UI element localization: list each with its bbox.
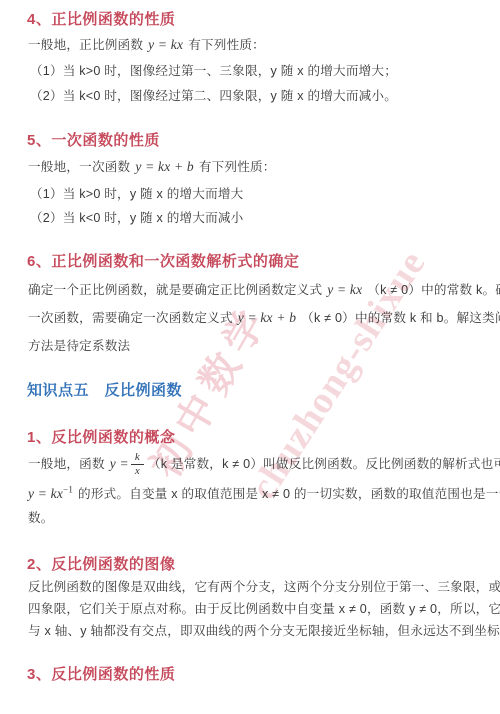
section-4-intro-pre: 一般地，正比例函数 bbox=[28, 38, 143, 52]
section-6-line-2-post: （k ≠ 0）中的常数 k 和 b。解这类问题的一般 bbox=[301, 311, 500, 325]
formula-y-kx: y = kx bbox=[148, 37, 183, 52]
inverse-graph-line-2: 四象限，它们关于原点对称。由于反比例函数中自变量 x ≠ 0，函数 y ≠ 0，… bbox=[28, 600, 500, 618]
section-5-intro-pre: 一般地，一次函数 bbox=[28, 160, 130, 174]
inverse-concept-line-1-pre: 一般地，函数 bbox=[28, 455, 105, 473]
inverse-concept-title: 1、反比例函数的概念 bbox=[27, 428, 175, 448]
section-5-title: 5、一次函数的性质 bbox=[27, 131, 160, 151]
inverse-concept-line-1-post: （k 是常数，k ≠ 0）叫做反比例函数。反比例函数的解析式也可以写成 bbox=[148, 455, 500, 473]
section-4-title: 4、正比例函数的性质 bbox=[27, 10, 175, 30]
section-5-item-1: （1）当 k>0 时，y 随 x 的增大而增大 bbox=[30, 185, 243, 203]
section-6-line-1-pre: 确定一个正比例函数，就是要确定正比例函数定义式 bbox=[28, 283, 322, 297]
section-6-line-2-pre: 一次函数，需要确定一次函数定义式 bbox=[28, 311, 233, 325]
section-5-intro-post: 有下列性质： bbox=[199, 160, 276, 174]
formula-y-kx-b: y = kx + b bbox=[135, 159, 193, 174]
inverse-concept-line-1: 一般地，函数y =kx（k 是常数，k ≠ 0）叫做反比例函数。反比例函数的解析… bbox=[28, 446, 500, 482]
knowledge-point-5-title: 知识点五 反比例函数 bbox=[27, 381, 182, 401]
section-5-intro: 一般地，一次函数y = kx + b有下列性质： bbox=[28, 158, 276, 176]
inverse-concept-line-2: y = kx−1的形式。自变量 x 的取值范围是 x ≠ 0 的一切实数，函数的… bbox=[28, 485, 500, 503]
formula-y-kx: y = kx bbox=[327, 282, 362, 297]
formula-y-equals: y = bbox=[110, 455, 129, 473]
section-4-item-2: （2）当 k<0 时，图像经过第二、四象限，y 随 x 的增大而减小。 bbox=[30, 87, 397, 105]
inverse-graph-title: 2、反比例函数的图像 bbox=[27, 555, 175, 575]
formula-y-kx-b: y = kx + b bbox=[238, 310, 296, 325]
document-page: 初中数学 chuzhong-shixue 4、正比例函数的性质 一般地，正比例函… bbox=[0, 0, 500, 714]
section-6-line-1-post: （k ≠ 0）中的常数 k。确定一个 bbox=[367, 283, 500, 297]
inverse-properties-title: 3、反比例函数的性质 bbox=[27, 665, 175, 685]
section-4-intro-post: 有下列性质： bbox=[188, 38, 265, 52]
fraction-k-over-x: kx bbox=[131, 451, 144, 478]
section-5-item-2: （2）当 k<0 时，y 随 x 的增大而减小 bbox=[30, 209, 243, 227]
formula-y-kx-inverse: y = kx−1 bbox=[28, 486, 73, 501]
section-4-intro: 一般地，正比例函数y = kx有下列性质： bbox=[28, 36, 265, 54]
section-6-line-3: 方法是待定系数法 bbox=[28, 337, 130, 355]
section-6-line-2: 一次函数，需要确定一次函数定义式y = kx + b（k ≠ 0）中的常数 k … bbox=[28, 309, 500, 327]
inverse-graph-line-1: 反比例函数的图像是双曲线，它有两个分支，这两个分支分别位于第一、三象限，或第二、 bbox=[28, 578, 500, 596]
section-6-title: 6、正比例函数和一次函数解析式的确定 bbox=[27, 252, 299, 272]
section-6-line-1: 确定一个正比例函数，就是要确定正比例函数定义式y = kx（k ≠ 0）中的常数… bbox=[28, 281, 500, 299]
inverse-concept-line-3: 数。 bbox=[28, 509, 54, 527]
inverse-graph-line-3: 与 x 轴、y 轴都没有交点，即双曲线的两个分支无限接近坐标轴，但永远达不到坐标… bbox=[28, 622, 500, 640]
section-4-item-1: （1）当 k>0 时，图像经过第一、三象限，y 随 x 的增大而增大； bbox=[30, 62, 397, 80]
inverse-concept-line-2-post: 的形式。自变量 x 的取值范围是 x ≠ 0 的一切实数，函数的取值范围也是一切… bbox=[78, 487, 500, 501]
